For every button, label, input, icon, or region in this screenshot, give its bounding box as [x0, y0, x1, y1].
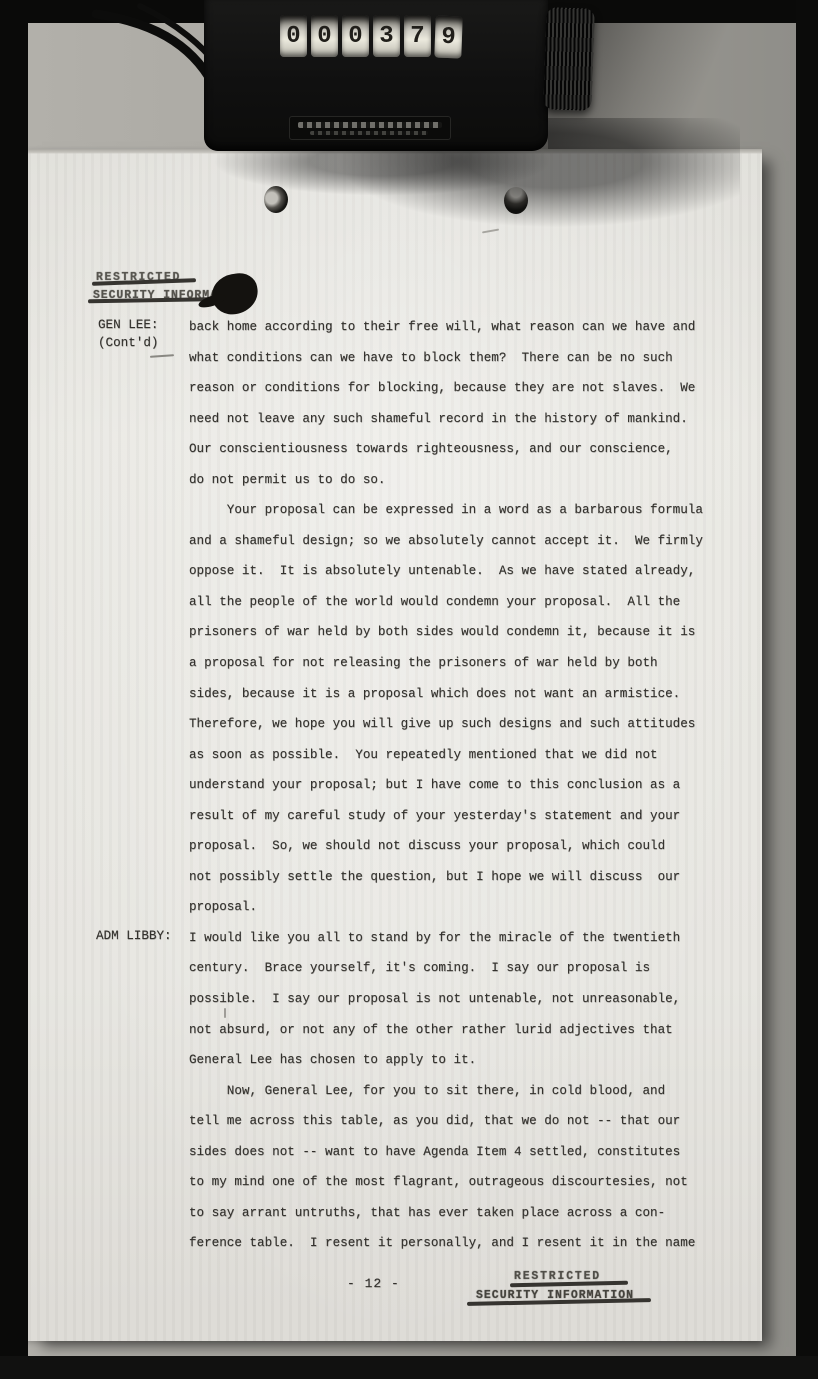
counter-digit: 0 — [342, 15, 369, 57]
typed-line: sides, because it is a proposal which do… — [189, 679, 734, 710]
photo-frame-left — [0, 0, 28, 1379]
typed-line: prisoners of war held by both sides woul… — [189, 617, 734, 648]
counter-digit: 7 — [404, 15, 431, 57]
pencil-tick — [224, 1008, 226, 1018]
counter-label-plate — [289, 116, 451, 140]
typed-line: not possibly settle the question, but I … — [189, 862, 734, 893]
typed-line: do not permit us to do so. — [189, 465, 734, 496]
counter-digit: 0 — [311, 15, 338, 57]
typed-line: sides does not -- want to have Agenda It… — [189, 1137, 734, 1168]
typed-line: to my mind one of the most flagrant, out… — [189, 1167, 734, 1198]
typed-line: Now, General Lee, for you to sit there, … — [189, 1076, 734, 1107]
typed-line: oppose it. It is absolutely untenable. A… — [189, 556, 734, 587]
typed-line: tell me across this table, as you did, t… — [189, 1106, 734, 1137]
typed-line: a proposal for not releasing the prisone… — [189, 648, 734, 679]
typed-line: back home according to their free will, … — [189, 312, 734, 343]
typed-line: all the people of the world would condem… — [189, 587, 734, 618]
film-counter-device: 000379 — [204, 0, 548, 151]
photo-frame-right — [796, 0, 818, 1379]
speaker-label-adm-libby: ADM LIBBY: — [96, 929, 172, 943]
typed-line: General Lee has chosen to apply to it. — [189, 1045, 734, 1076]
typed-line: not absurd, or not any of the other rath… — [189, 1015, 734, 1046]
typed-line: ference table. I resent it personally, a… — [189, 1228, 734, 1259]
typed-line: century. Brace yourself, it's coming. I … — [189, 953, 734, 984]
typed-line: Therefore, we hope you will give up such… — [189, 709, 734, 740]
counter-knob — [543, 7, 595, 111]
typed-line: Our conscientiousness towards righteousn… — [189, 434, 734, 465]
typed-line: need not leave any such shameful record … — [189, 404, 734, 435]
microfilm-photo-frame: RESTRICTED SECURITY INFORMATION GEN LEE:… — [0, 0, 818, 1379]
typed-line: Your proposal can be expressed in a word… — [189, 495, 734, 526]
typed-line: result of my careful study of your yeste… — [189, 801, 734, 832]
counter-digit: 9 — [434, 16, 462, 59]
counter-digit: 3 — [373, 15, 400, 57]
counter-digit: 0 — [280, 15, 307, 57]
typed-line: reason or conditions for blocking, becau… — [189, 373, 734, 404]
speaker-label-gen-lee: GEN LEE: — [98, 318, 158, 332]
typed-line: what conditions can we have to block the… — [189, 343, 734, 374]
page-number: - 12 - — [347, 1276, 400, 1291]
typed-text-block: back home according to their free will, … — [189, 312, 734, 1259]
typed-line: I would like you all to stand by for the… — [189, 923, 734, 954]
counter-digits: 000379 — [280, 15, 462, 57]
photo-frame-bottom — [0, 1356, 818, 1379]
typed-line: possible. I say our proposal is not unte… — [189, 984, 734, 1015]
typed-line: understand your proposal; but I have com… — [189, 770, 734, 801]
typed-line: proposal. So, we should not discuss your… — [189, 831, 734, 862]
typed-line: as soon as possible. You repeatedly ment… — [189, 740, 734, 771]
typed-line: to say arrant untruths, that has ever ta… — [189, 1198, 734, 1229]
speaker-label-contd: (Cont'd) — [98, 336, 158, 350]
typed-line: proposal. — [189, 892, 734, 923]
typed-line: and a shameful design; so we absolutely … — [189, 526, 734, 557]
